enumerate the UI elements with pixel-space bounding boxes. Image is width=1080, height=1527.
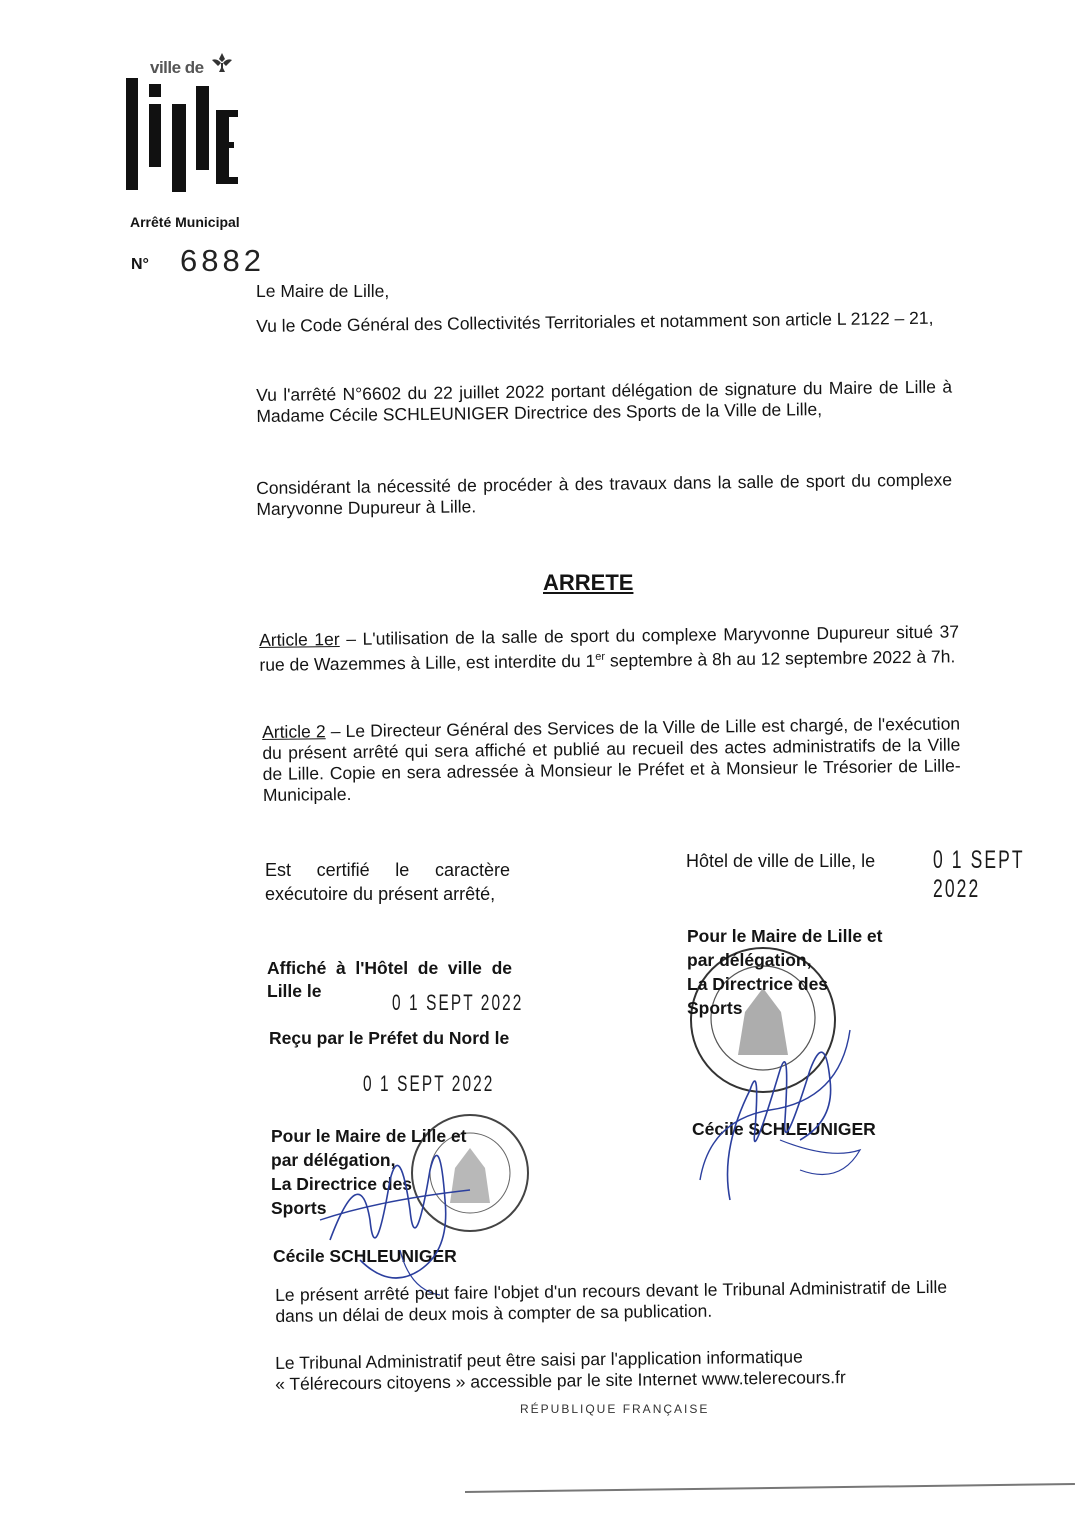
right-signatory-line3: La Directrice des [687, 972, 882, 996]
number-label: N° [131, 256, 149, 274]
handwritten-signature-left [300, 1120, 500, 1300]
article-1-sup: er [595, 651, 605, 663]
place-date-stamp: 0 1 SEPT 2022 [933, 846, 1036, 904]
document-type: Arrêté Municipal [130, 214, 240, 230]
recours-notice: Le présent arrêté peut faire l'objet d'u… [275, 1277, 947, 1327]
recu-date-stamp: 0 1 SEPT 2022 [363, 1071, 494, 1097]
right-signatory-line1: Pour le Maire de Lille et [687, 924, 882, 948]
author-line: Le Maire de Lille, [256, 281, 952, 302]
lille-logo [124, 74, 254, 194]
considerant-paragraph: Considérant la nécessité de procéder à d… [256, 469, 952, 519]
place-date-label: Hôtel de ville de Lille, le [686, 851, 875, 872]
article-1-text-end: septembre à 8h au 12 septembre 2022 à 7h… [605, 646, 955, 670]
right-signatory-block: Pour le Maire de Lille et par délégation… [687, 924, 882, 1020]
vu-code-paragraph: Vu le Code Général des Collectivités Ter… [256, 307, 952, 337]
article-2: Article 2 – Le Directeur Général des Ser… [262, 713, 961, 806]
republique-francaise: RÉPUBLIQUE FRANÇAISE [520, 1402, 709, 1416]
fleur-de-lys-icon [210, 52, 234, 74]
vu-arrete-paragraph: Vu l'arrêté N°6602 du 22 juillet 2022 po… [256, 376, 952, 426]
page-edge-line [465, 1483, 1075, 1493]
certified-text: Est certifié le caractère exécutoire du … [265, 858, 510, 906]
handwritten-signature-right [690, 1010, 880, 1210]
article-1: Article 1er – L'utilisation de la salle … [259, 621, 960, 675]
right-signatory-line2: par délégation, [687, 948, 882, 972]
arrete-heading: ARRETE [543, 570, 633, 596]
recu-prefet-label: Reçu par le Préfet du Nord le [269, 1027, 514, 1050]
article-1-label: Article 1er [259, 629, 340, 650]
affiche-date-stamp: 0 1 SEPT 2022 [392, 990, 523, 1016]
article-2-label: Article 2 [262, 721, 326, 742]
article-2-text: – Le Directeur Général des Services de l… [262, 713, 960, 805]
arrete-number: 6882 [180, 243, 265, 279]
